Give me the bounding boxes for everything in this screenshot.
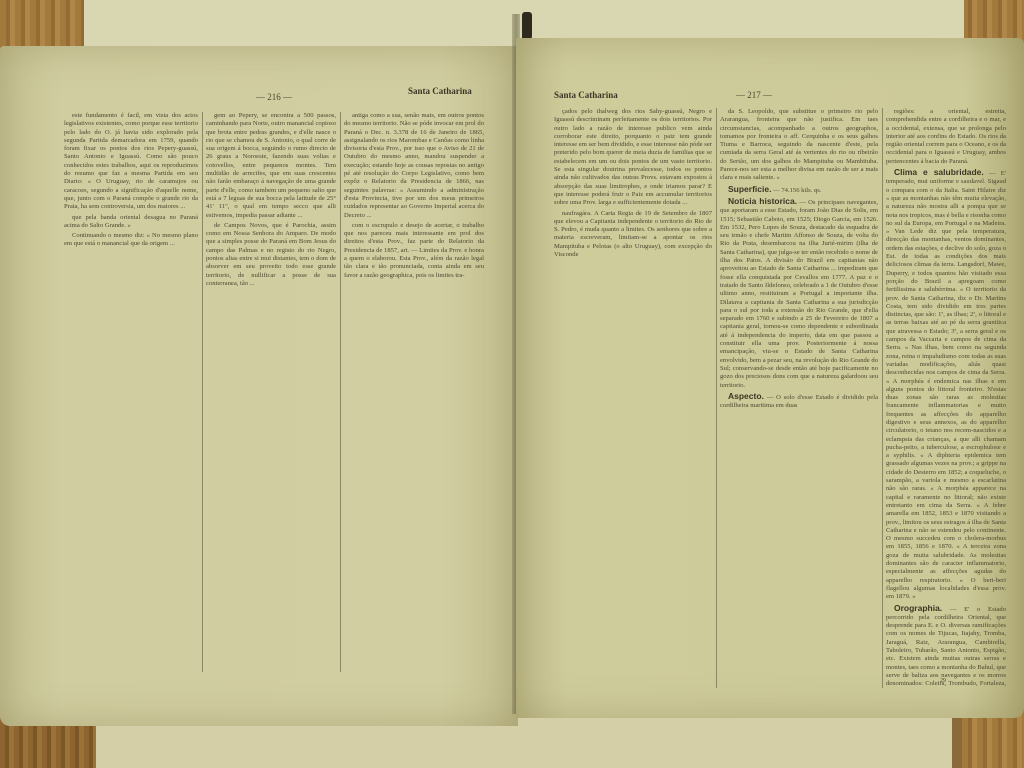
section-text: — Os principaes navegantes, que aportara… xyxy=(720,199,878,389)
section-orographia: Orographia. — E' o Estado percorrido pel… xyxy=(886,604,1006,688)
section-clima: Clima e salubridade. — E' temperado, mui… xyxy=(886,168,1006,601)
paragraph: Continuando o mesmo diz: « No mesmo plan… xyxy=(64,232,198,249)
left-page-column-3: antiga como a sua, senão mais, em outros… xyxy=(344,112,484,672)
section-heading: Orographia. xyxy=(894,603,942,613)
section-heading: Noticia historica. xyxy=(728,196,797,206)
column-divider xyxy=(340,112,341,672)
section-heading: Aspecto. xyxy=(728,391,764,401)
paragraph: naufragára. A Carta Regia de 19 de Setem… xyxy=(554,210,712,260)
left-page: — 216 — Santa Catharina este fundamento … xyxy=(0,46,518,726)
paragraph: de Campos Novos, que é Parochia, assim c… xyxy=(206,222,336,288)
paragraph: gem ao Pepery, se encontra a 500 passos,… xyxy=(206,112,336,220)
column-divider xyxy=(716,108,717,688)
left-page-column-2: gem ao Pepery, se encontra a 500 passos,… xyxy=(206,112,336,672)
page-number-left: — 216 — xyxy=(256,92,292,102)
paragraph: da S. Leopoldo, que substitue o primeiro… xyxy=(720,108,878,183)
running-head-left: Santa Catharina xyxy=(408,86,472,96)
right-page-column-1: çados pelo thalweg dos rios Sahy-guassú,… xyxy=(554,108,712,688)
section-heading: Superficie. xyxy=(728,184,771,194)
paragraph: que pela banda oriental desagua no Paran… xyxy=(64,214,198,231)
section-noticia-historica: Noticia historica. — Os principaes naveg… xyxy=(720,197,878,390)
section-text: — E' o Estado percorrido pela cordilheir… xyxy=(886,606,1006,688)
section-text: — 74.156 kils. qs. xyxy=(773,187,821,194)
section-heading: Clima e salubridade. xyxy=(894,167,984,177)
column-divider xyxy=(882,108,883,688)
running-head-right: Santa Catharina xyxy=(554,90,618,100)
paragraph: regiões: a oriental, estreita, comprehen… xyxy=(886,108,1006,166)
paragraph: çados pelo thalweg dos rios Sahy-guassú,… xyxy=(554,108,712,208)
section-aspecto: Aspecto. — O solo d'esse Estado é dividi… xyxy=(720,392,878,411)
section-superficie: Superficie. — 74.156 kils. qs. xyxy=(720,185,878,195)
right-page: Santa Catharina — 217 — çados pelo thalw… xyxy=(516,38,1024,718)
signature-mark: 29 xyxy=(940,678,946,684)
paragraph: este fundamento é facil, em vista dos ac… xyxy=(64,112,198,212)
section-text: — E' temperado, mui uniforme e saudavel.… xyxy=(886,170,1006,600)
paragraph: com o escrupulo e desejo de acertar, o t… xyxy=(344,222,484,280)
paragraph: antiga como a sua, senão mais, em outros… xyxy=(344,112,484,220)
left-page-column-1: este fundamento é facil, em vista dos ac… xyxy=(64,112,198,672)
page-number-right: — 217 — xyxy=(736,90,772,100)
right-page-column-3: regiões: a oriental, estreita, comprehen… xyxy=(886,108,1006,688)
column-divider xyxy=(202,112,203,672)
right-page-column-2: da S. Leopoldo, que substitue o primeiro… xyxy=(720,108,878,688)
